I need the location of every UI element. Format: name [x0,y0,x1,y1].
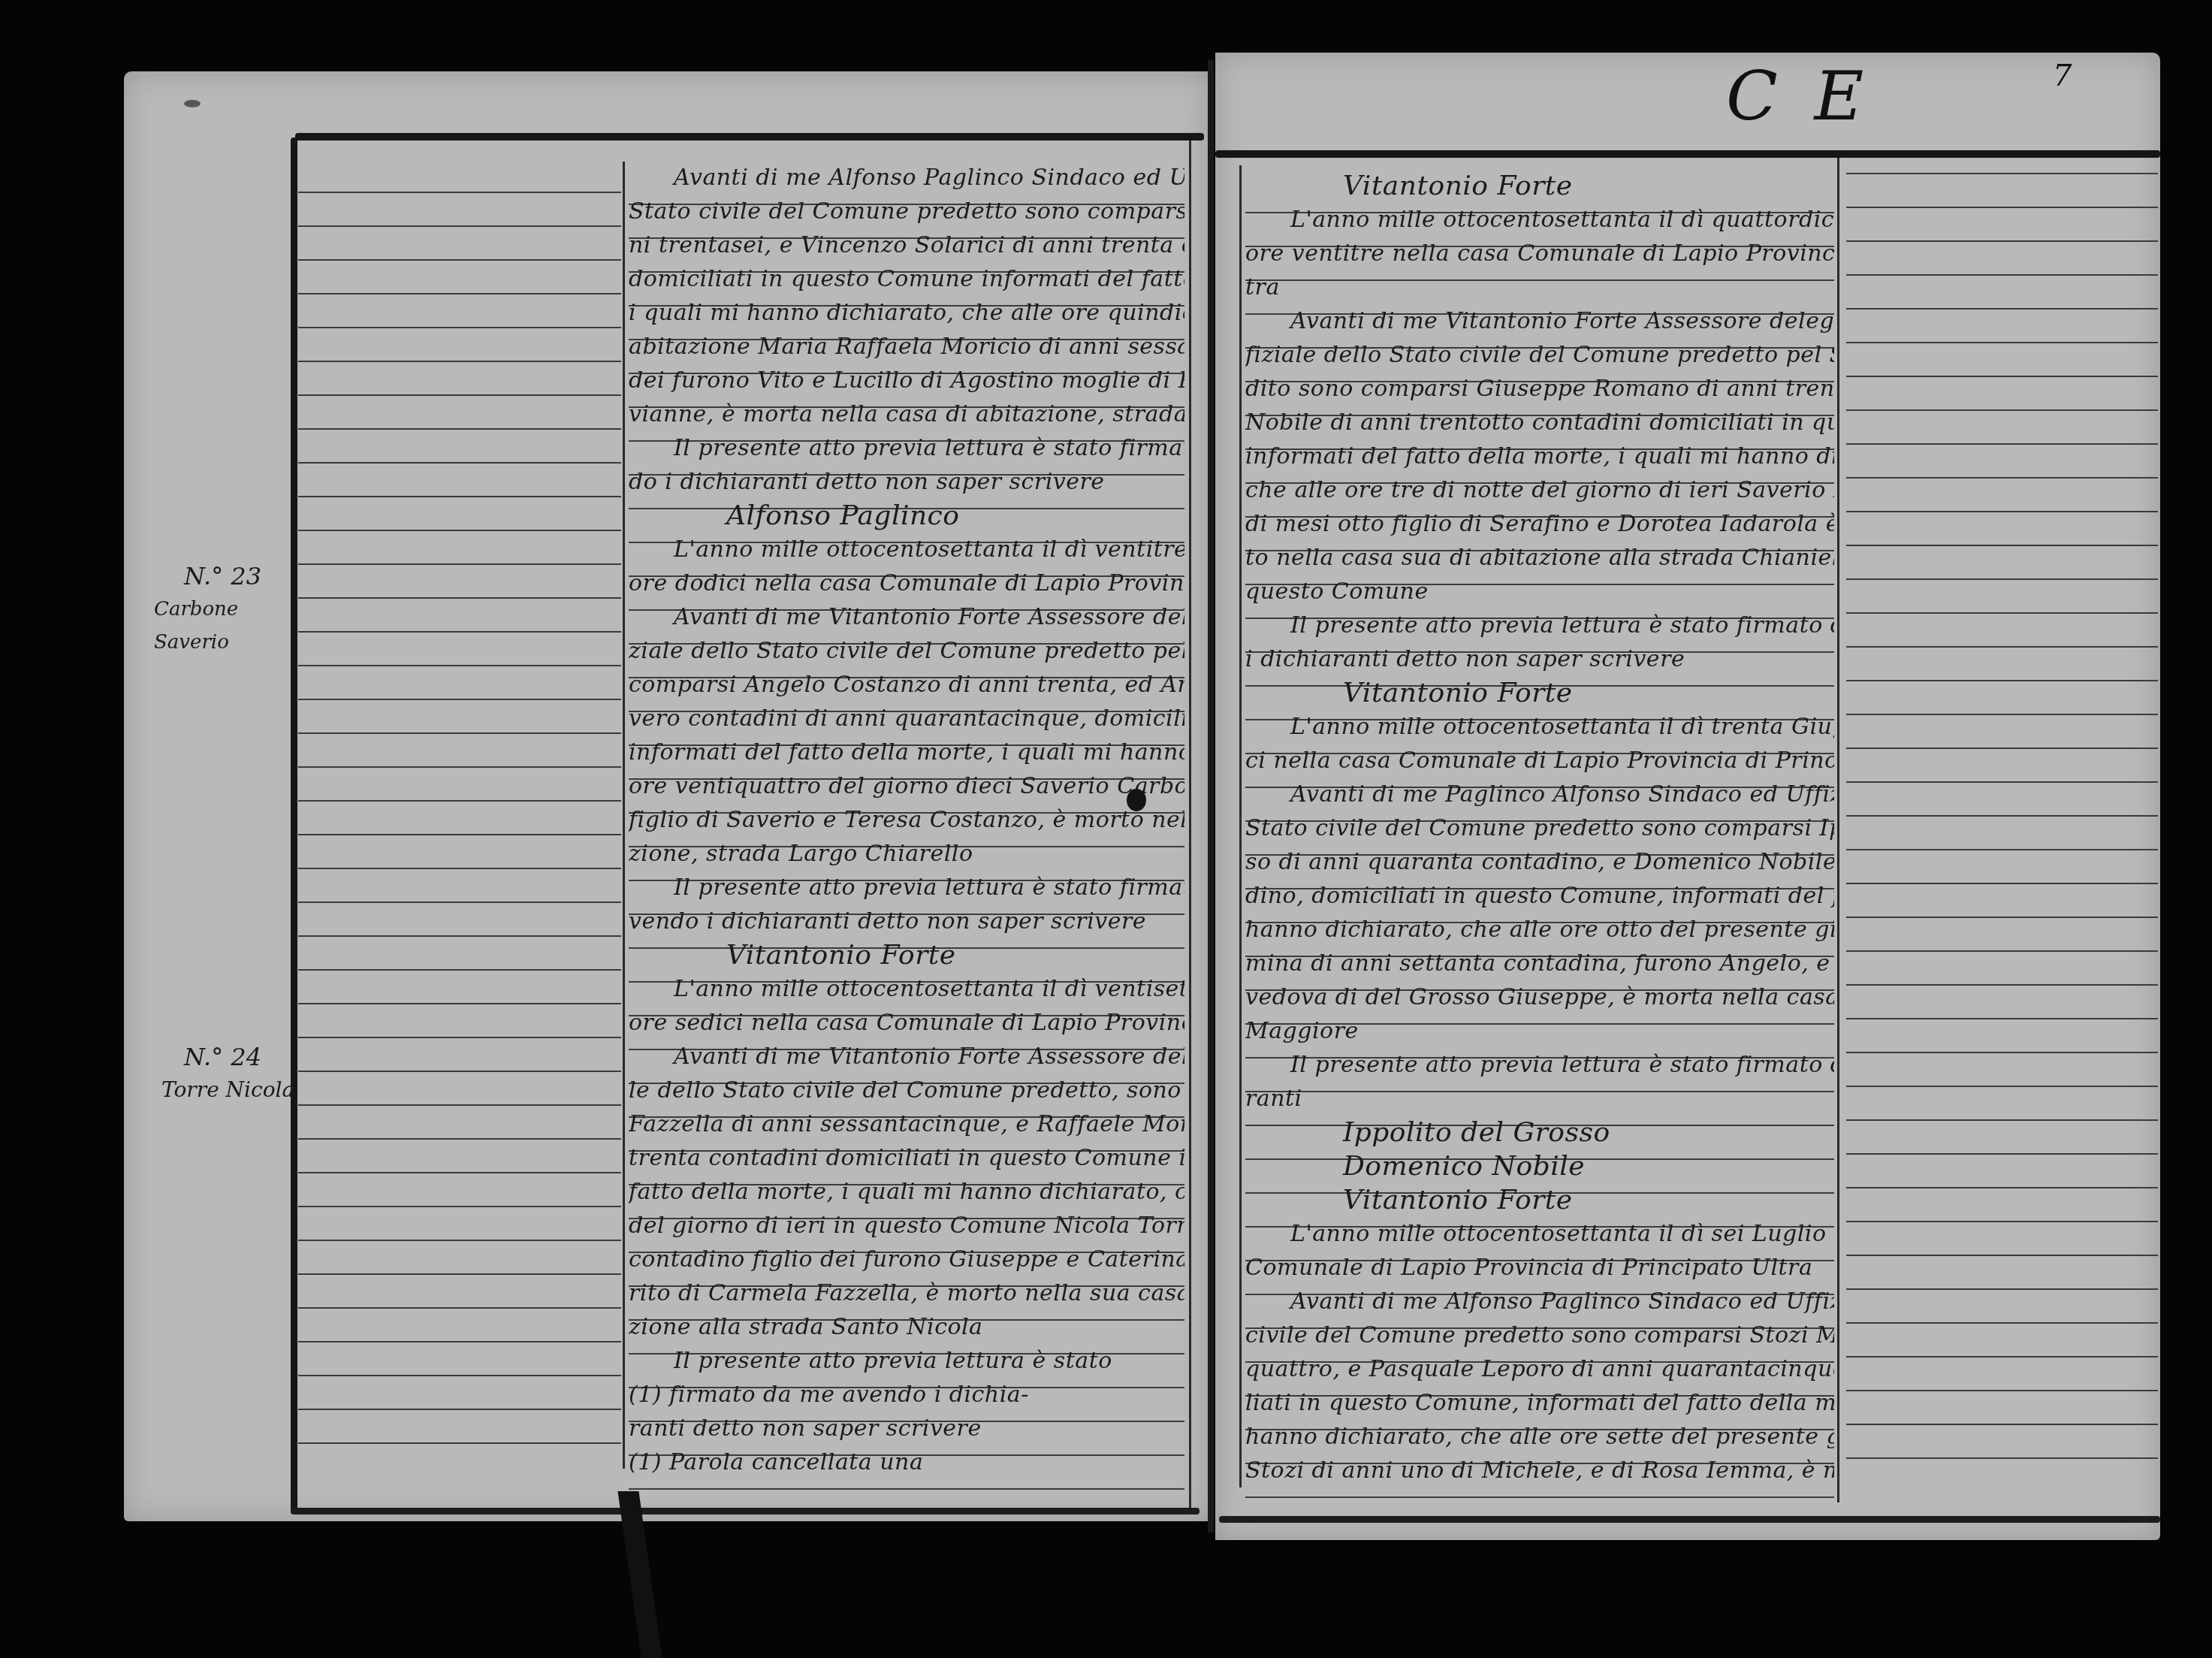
ruled-line [298,1273,621,1275]
ruled-line [298,699,621,700]
ruled-line [298,563,621,565]
ruled-line [1846,240,2158,242]
ruled-line [1846,1322,2158,1324]
ruled-line [1846,984,2158,986]
ruled-line [1846,409,2158,411]
ruled-line [298,1172,621,1173]
ruled-line [298,800,621,802]
ruled-line [1846,173,2158,174]
ruled-line [298,868,621,869]
ruled-line [298,1003,621,1004]
ruled-line [1846,815,2158,817]
ruled-line [298,192,621,193]
ruled-line [1846,1255,2158,1256]
ruled-line [1846,274,2158,276]
left-page-frame-top [295,133,1204,140]
ruled-line [298,732,621,734]
ruled-line [298,462,621,464]
ruled-line [298,293,621,294]
ruled-line [1846,342,2158,343]
ruled-line [298,1375,621,1376]
left-text-column-left-rule [623,162,625,1469]
ruled-line [298,225,621,227]
ruled-line [298,901,621,903]
left-text-column-right-rule [1189,140,1191,1508]
ruled-line [298,1037,621,1038]
ink-blot [1127,789,1146,811]
left-page: N.° 23 Carbone Saverio N.° 24 Torre Nico… [124,71,1209,1521]
right-text-column-right-rule [1837,158,1839,1502]
right-empty-column-rules [1846,173,2158,1518]
ruled-line [1846,443,2158,445]
margin-note-name: Carbone Saverio [154,593,304,659]
right-text-column: Vitantonio ForteL'anno mille ottocentose… [1245,164,1834,1509]
ruled-line [298,530,621,531]
ruled-line [298,1240,621,1241]
ruled-line [1846,883,2158,884]
ruled-line [1846,1390,2158,1391]
record-line: Stozi di anni uno di Michele, e di Rosa … [1245,1448,1834,1498]
ruled-line [1846,1052,2158,1053]
ruled-line [1846,950,2158,952]
ruled-line [298,428,621,430]
ruled-line [1846,578,2158,580]
ruled-line [298,631,621,633]
ruled-line [1846,1221,2158,1222]
margin-note-entry-23: N.° 23 Carbone Saverio [154,560,304,659]
ruled-line [298,1409,621,1410]
ruled-line [1846,1457,2158,1459]
ruled-line [298,1104,621,1106]
ruled-line [1846,477,2158,479]
ruled-line [298,496,621,497]
margin-column-rules [298,192,621,1499]
ruled-line [1846,1356,2158,1358]
left-page-frame-bottom [291,1508,1200,1515]
ruled-line [298,327,621,328]
left-text-column: Avanti di me Alfonso Paglinco Sindaco ed… [629,156,1184,1493]
corner-annotation: C E [1726,57,1871,136]
ruled-line [1846,849,2158,850]
page-number: 7 [2053,59,2072,93]
right-text-column-left-rule [1239,165,1242,1487]
margin-note-number: N.° 23 [154,560,304,593]
ruled-line [298,1071,621,1072]
ruled-line [1846,917,2158,918]
margin-note-number: N.° 24 [161,1040,312,1074]
ruled-line [1846,511,2158,512]
ruled-line [1846,1153,2158,1155]
ruled-line [1846,207,2158,208]
ruled-line [1846,1018,2158,1019]
ruled-line [1846,1086,2158,1087]
book-binding [1208,60,1214,1533]
ruled-line [1846,1288,2158,1290]
ruled-line [1846,545,2158,546]
ruled-line [298,361,621,362]
ruled-line [1846,612,2158,614]
right-page-frame-top [1215,150,2160,158]
ruled-line [298,969,621,971]
ruled-line [298,766,621,768]
margin-note-name: Torre Nicola [161,1074,312,1107]
ruled-line [298,394,621,396]
margin-note-entry-24: N.° 24 Torre Nicola [161,1040,312,1107]
ruled-line [1846,714,2158,715]
left-page-frame-left [291,137,297,1514]
ruled-line [298,1307,621,1309]
ruled-line [298,834,621,835]
ruled-line [1846,1424,2158,1425]
ruled-line [298,1138,621,1140]
ruled-line [298,597,621,599]
ruled-line [1846,376,2158,377]
ruled-line [1846,308,2158,310]
dust-spot [184,100,201,107]
ruled-line [1846,781,2158,783]
ruled-line [298,1341,621,1342]
ruled-line [1846,747,2158,749]
right-page: C E 7 Vitantonio ForteL'anno mille ottoc… [1215,53,2160,1540]
ruled-line [298,1206,621,1207]
ruled-line [298,1442,621,1444]
ruled-line [1846,1119,2158,1121]
ruled-line [298,665,621,666]
ruled-line [298,935,621,937]
ruled-line [298,259,621,261]
ruled-line [1846,680,2158,681]
record-line: (1) Parola cancellata una [629,1440,1184,1490]
ruled-line [1846,646,2158,648]
ruled-line [1846,1187,2158,1188]
